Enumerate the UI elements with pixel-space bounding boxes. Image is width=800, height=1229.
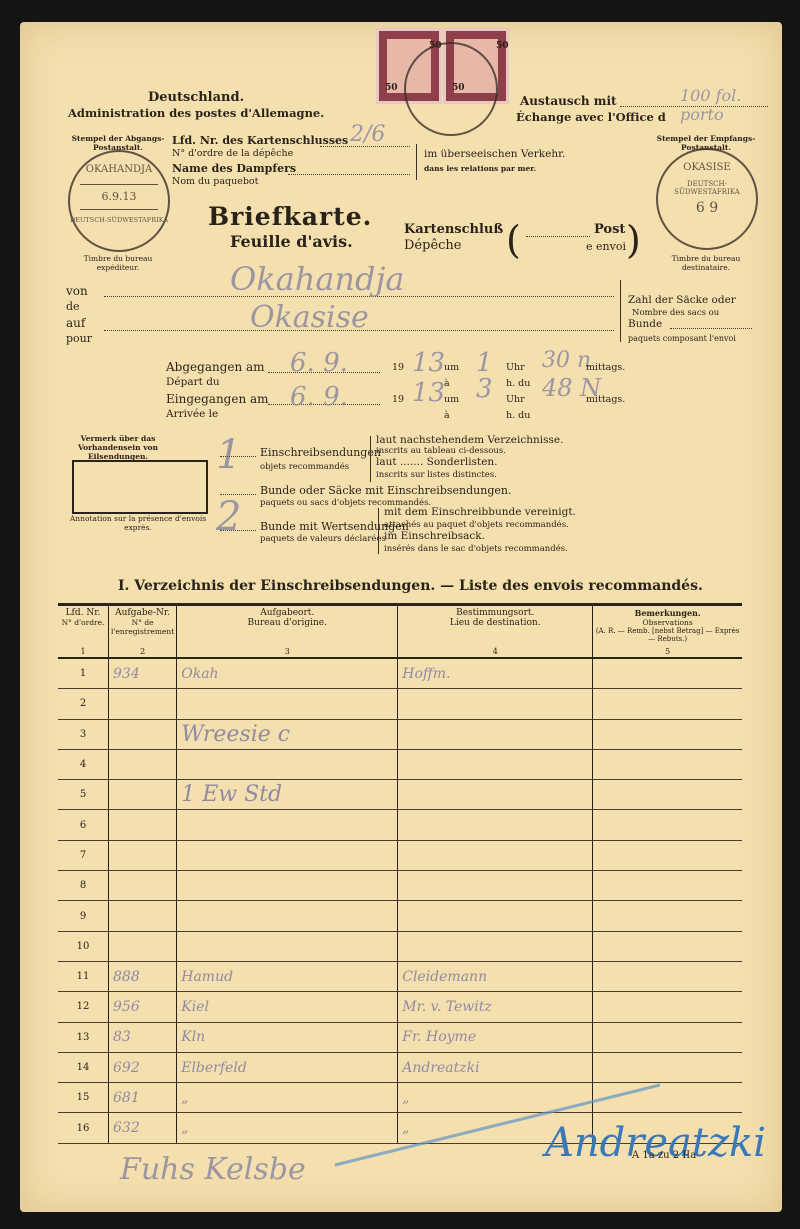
sacks-label-de-1: Zahl der Säcke oder — [628, 294, 736, 306]
remarks — [593, 961, 742, 991]
column-header-origin: Aufgabeort. Bureau d'origine. — [177, 605, 398, 646]
bundles-value-count: 2 — [216, 494, 241, 540]
origin-office — [177, 689, 398, 719]
origin-office: Kiel — [177, 992, 398, 1022]
registration-number — [109, 810, 177, 840]
origin-office — [177, 871, 398, 901]
hour-label-fr: h. du — [506, 378, 530, 389]
destination — [398, 810, 593, 840]
year-prefix: 19 — [392, 362, 404, 373]
column-number: 4 — [398, 645, 593, 658]
paren-right: ) — [626, 218, 641, 262]
registration-number — [109, 901, 177, 931]
table-row: 12956KielMr. v. Tewitz — [58, 992, 742, 1022]
register-title: I. Verzeichnis der Einschreibsendungen. … — [118, 578, 703, 594]
origin-stamp-label-fr: Timbre du bureau expéditeur. — [68, 254, 168, 272]
noon-label: mittags. — [586, 394, 625, 405]
column-header-de: Bestimmungsort. — [400, 608, 590, 618]
destination: Fr. Hoyme — [398, 1022, 593, 1052]
cancel-postmark — [404, 42, 498, 136]
destination — [398, 901, 593, 931]
departed-minute: 30 n — [542, 348, 591, 373]
at-label: um — [444, 394, 459, 405]
bracket — [370, 436, 371, 482]
column-header-fr: N° de l'enregistrement — [111, 618, 174, 636]
in-sack-de: im Einschreibsack. — [384, 530, 485, 542]
express-label-fr: Annotation sur la présence d'envois expr… — [60, 514, 216, 532]
table-row: 51 Ew Std — [58, 780, 742, 810]
registered-count: 1 — [216, 432, 241, 478]
to-label-fr: pour — [66, 332, 92, 345]
registration-number: 632 — [109, 1113, 177, 1143]
registration-number: 956 — [109, 992, 177, 1022]
express-label-de: Vermerk über das Vorhandensein von Eilse… — [60, 434, 176, 461]
origin-office: Okah — [177, 658, 398, 689]
row-number: 1 — [58, 658, 109, 689]
table-row: 1934OkahHoffm. — [58, 658, 742, 689]
remarks — [593, 810, 742, 840]
registration-number: 83 — [109, 1022, 177, 1052]
registered-items-table: Lfd. Nr. N° d'ordre. Aufgabe-Nr. N° de l… — [58, 603, 742, 1144]
destination — [398, 840, 593, 870]
attached-fr: attachés au paquet d'objets recommandés. — [384, 520, 569, 530]
table-row: 1383KlnFr. Hoyme — [58, 1022, 742, 1052]
post-label-de: Post — [594, 222, 625, 237]
sacks-label-fr-2: paquets composant l'envoi — [628, 334, 736, 343]
remarks — [593, 992, 742, 1022]
table-row: 7 — [58, 840, 742, 870]
origin-office: 1 Ew Std — [177, 780, 398, 810]
sacks-label-fr-1: Nombre des sacs ou — [632, 308, 719, 318]
column-header-remarks: Bemerkungen. Observations (A. R. — Remb.… — [593, 605, 742, 646]
row-number: 10 — [58, 931, 109, 961]
bracket — [378, 508, 379, 554]
registration-number — [109, 780, 177, 810]
destination: Mr. v. Tewitz — [398, 992, 593, 1022]
registration-number: 934 — [109, 658, 177, 689]
column-header-destination: Bestimmungsort. Lieu de destination. — [398, 605, 593, 646]
paren-left: ( — [506, 218, 521, 262]
registration-number — [109, 871, 177, 901]
per-list-fr: inscrits au tableau ci-dessous. — [376, 446, 506, 456]
country-heading: Deutschland. — [148, 90, 244, 105]
remarks — [593, 871, 742, 901]
column-number: 2 — [109, 645, 177, 658]
row-number: 2 — [58, 689, 109, 719]
row-number: 6 — [58, 810, 109, 840]
pencil-signature: Fuhs Kelsbe — [120, 1152, 306, 1187]
origin-office: Wreesie c — [177, 719, 398, 749]
column-header-de: Aufgabeort. — [179, 608, 395, 618]
from-value: Okahandja — [230, 260, 404, 298]
arrived-label-fr: Arrivée le — [166, 408, 218, 420]
form-title-de: Briefkarte. — [208, 202, 372, 231]
sacks-label-de-2: Bunde — [628, 318, 662, 330]
at-label-fr: à — [444, 410, 450, 421]
per-special-fr: inscrits sur listes distinctes. — [376, 470, 497, 480]
steamer-line — [288, 174, 410, 175]
attached-de: mit dem Einschreibbunde vereinigt. — [384, 506, 576, 518]
column-header-fr: Lieu de destination. — [400, 618, 590, 628]
column-header-order-no: Lfd. Nr. N° d'ordre. — [58, 605, 109, 646]
departed-date: 6. 9. — [290, 348, 348, 378]
row-number: 5 — [58, 780, 109, 810]
destination-postmark: OKASISE DEUTSCH-SÜDWESTAFRIKA 6 9 — [656, 148, 758, 250]
remarks — [593, 931, 742, 961]
registration-number: 888 — [109, 961, 177, 991]
from-label-fr: de — [66, 300, 80, 313]
origin-office: Elberfeld — [177, 1052, 398, 1082]
column-header-registration-no: Aufgabe-Nr. N° de l'enregistrement — [109, 605, 177, 646]
arrived-label-de: Eingegangen am — [166, 392, 269, 406]
remarks — [593, 780, 742, 810]
form-code: A 1a zu 2 IIa — [632, 1150, 696, 1161]
origin-office — [177, 840, 398, 870]
bracket — [620, 280, 621, 342]
form-title-fr: Feuille d'avis. — [230, 232, 353, 251]
destination — [398, 931, 593, 961]
table-row: 9 — [58, 901, 742, 931]
arrived-hour: 3 — [476, 374, 493, 404]
registration-number — [109, 719, 177, 749]
closure-label-de: Kartenschluß — [404, 222, 503, 237]
origin-office — [177, 810, 398, 840]
table-row: 10 — [58, 931, 742, 961]
noon-label: mittags. — [586, 362, 625, 373]
column-header-de: Bemerkungen. — [595, 608, 740, 618]
express-annotation-box — [72, 460, 208, 514]
despatch-number-label-fr: N° d'ordre de la dépêche — [172, 148, 293, 159]
destination: Hoffm. — [398, 658, 593, 689]
destination — [398, 689, 593, 719]
row-number: 15 — [58, 1083, 109, 1113]
bundles-value-line — [220, 530, 256, 531]
column-header-fr: Observations — [595, 618, 740, 627]
exchange-handwritten: 100 fol. porto — [680, 86, 782, 124]
from-label-de: von — [66, 284, 88, 298]
row-number: 14 — [58, 1052, 109, 1082]
departed-label-fr: Départ du — [166, 376, 220, 388]
column-header-de: Aufgabe-Nr. — [111, 608, 174, 618]
remarks — [593, 749, 742, 779]
overseas-label-fr: dans les relations par mer. — [424, 164, 536, 173]
destination: Andreatzki — [398, 1052, 593, 1082]
registration-number: 681 — [109, 1083, 177, 1113]
row-number: 4 — [58, 749, 109, 779]
registration-number — [109, 749, 177, 779]
to-label-de: auf — [66, 316, 85, 330]
row-number: 13 — [58, 1022, 109, 1052]
remarks — [593, 719, 742, 749]
row-number: 7 — [58, 840, 109, 870]
column-header-fr: N° d'ordre. — [60, 618, 106, 627]
hour-label: Uhr — [506, 394, 525, 405]
column-number: 1 — [58, 645, 109, 658]
row-number: 11 — [58, 961, 109, 991]
origin-office — [177, 931, 398, 961]
destination — [398, 780, 593, 810]
origin-office — [177, 901, 398, 931]
column-header-fr: Bureau d'origine. — [179, 618, 395, 628]
post-label-fr: e envoi — [586, 240, 626, 253]
steamer-label-de: Name des Dampfers — [172, 162, 296, 175]
registration-number — [109, 840, 177, 870]
per-special-de: laut ....... Sonderlisten. — [376, 456, 498, 468]
in-sack-fr: insérés dans le sac d'objets recommandés… — [384, 544, 568, 554]
despatch-number-value: 2/6 — [350, 122, 385, 147]
hour-label: Uhr — [506, 362, 525, 373]
remarks — [593, 1052, 742, 1082]
destination — [398, 719, 593, 749]
table-row: 6 — [58, 810, 742, 840]
arrived-year: 13 — [412, 378, 445, 408]
origin-office: Hamud — [177, 961, 398, 991]
column-header-de: Lfd. Nr. — [60, 608, 106, 618]
column-number: 5 — [593, 645, 742, 658]
destination-stamp-label-fr: Timbre du bureau destinataire. — [656, 254, 756, 272]
row-number: 12 — [58, 992, 109, 1022]
row-number: 3 — [58, 719, 109, 749]
registered-label-fr: objets recommandés — [260, 462, 349, 472]
origin-office: Kln — [177, 1022, 398, 1052]
remarks — [593, 840, 742, 870]
to-value: Okasise — [250, 300, 369, 335]
steamer-label-fr: Nom du paquebot — [172, 176, 258, 187]
table-row: 11888HamudCleidemann — [58, 961, 742, 991]
departed-year: 13 — [412, 348, 445, 378]
exchange-label-de: Austausch mit — [520, 94, 617, 108]
exchange-label-fr: Échange avec l'Office d — [516, 110, 666, 124]
registered-label-de: Einschreibsendungen — [260, 446, 381, 459]
administration-heading: Administration des postes d'Allemagne. — [68, 106, 324, 120]
bundles-registered-de: Bunde oder Säcke mit Einschreibsendungen… — [260, 484, 511, 497]
table-row: 8 — [58, 871, 742, 901]
table-row: 3Wreesie c — [58, 719, 742, 749]
closure-label-fr: Dépêche — [404, 238, 461, 253]
registration-number — [109, 689, 177, 719]
table-row: 4 — [58, 749, 742, 779]
column-number: 3 — [177, 645, 398, 658]
destination — [398, 871, 593, 901]
arrived-date: 6. 9. — [290, 382, 348, 412]
table-row: 14692ElberfeldAndreatzki — [58, 1052, 742, 1082]
origin-postmark: OKAHANDJA 6.9.13 DEUTSCH-SÜDWESTAFRIKA — [68, 150, 170, 252]
table-row: 2 — [58, 689, 742, 719]
row-number: 16 — [58, 1113, 109, 1143]
remarks — [593, 1022, 742, 1052]
per-list-de: laut nachstehendem Verzeichnisse. — [376, 434, 563, 446]
overseas-label-de: im überseeischen Verkehr. — [424, 148, 565, 160]
remarks — [593, 658, 742, 689]
departed-label-de: Abgegangen am — [166, 360, 265, 374]
registration-number — [109, 931, 177, 961]
remarks — [593, 901, 742, 931]
bundles-value-fr: paquets de valeurs déclarées — [260, 534, 386, 544]
remarks — [593, 689, 742, 719]
origin-office — [177, 749, 398, 779]
year-prefix: 19 — [392, 394, 404, 405]
registration-number: 692 — [109, 1052, 177, 1082]
destination: Cleidemann — [398, 961, 593, 991]
hour-label-fr: h. du — [506, 410, 530, 421]
registered-count-line — [220, 456, 256, 457]
column-header-extra: (A. R. — Remb. [nebst Betrag] — Exprès —… — [595, 627, 740, 643]
post-number-line — [526, 236, 590, 237]
bracket — [416, 144, 417, 180]
sacks-count-line — [670, 328, 752, 329]
at-label: um — [444, 362, 459, 373]
row-number: 8 — [58, 871, 109, 901]
row-number: 9 — [58, 901, 109, 931]
destination — [398, 749, 593, 779]
